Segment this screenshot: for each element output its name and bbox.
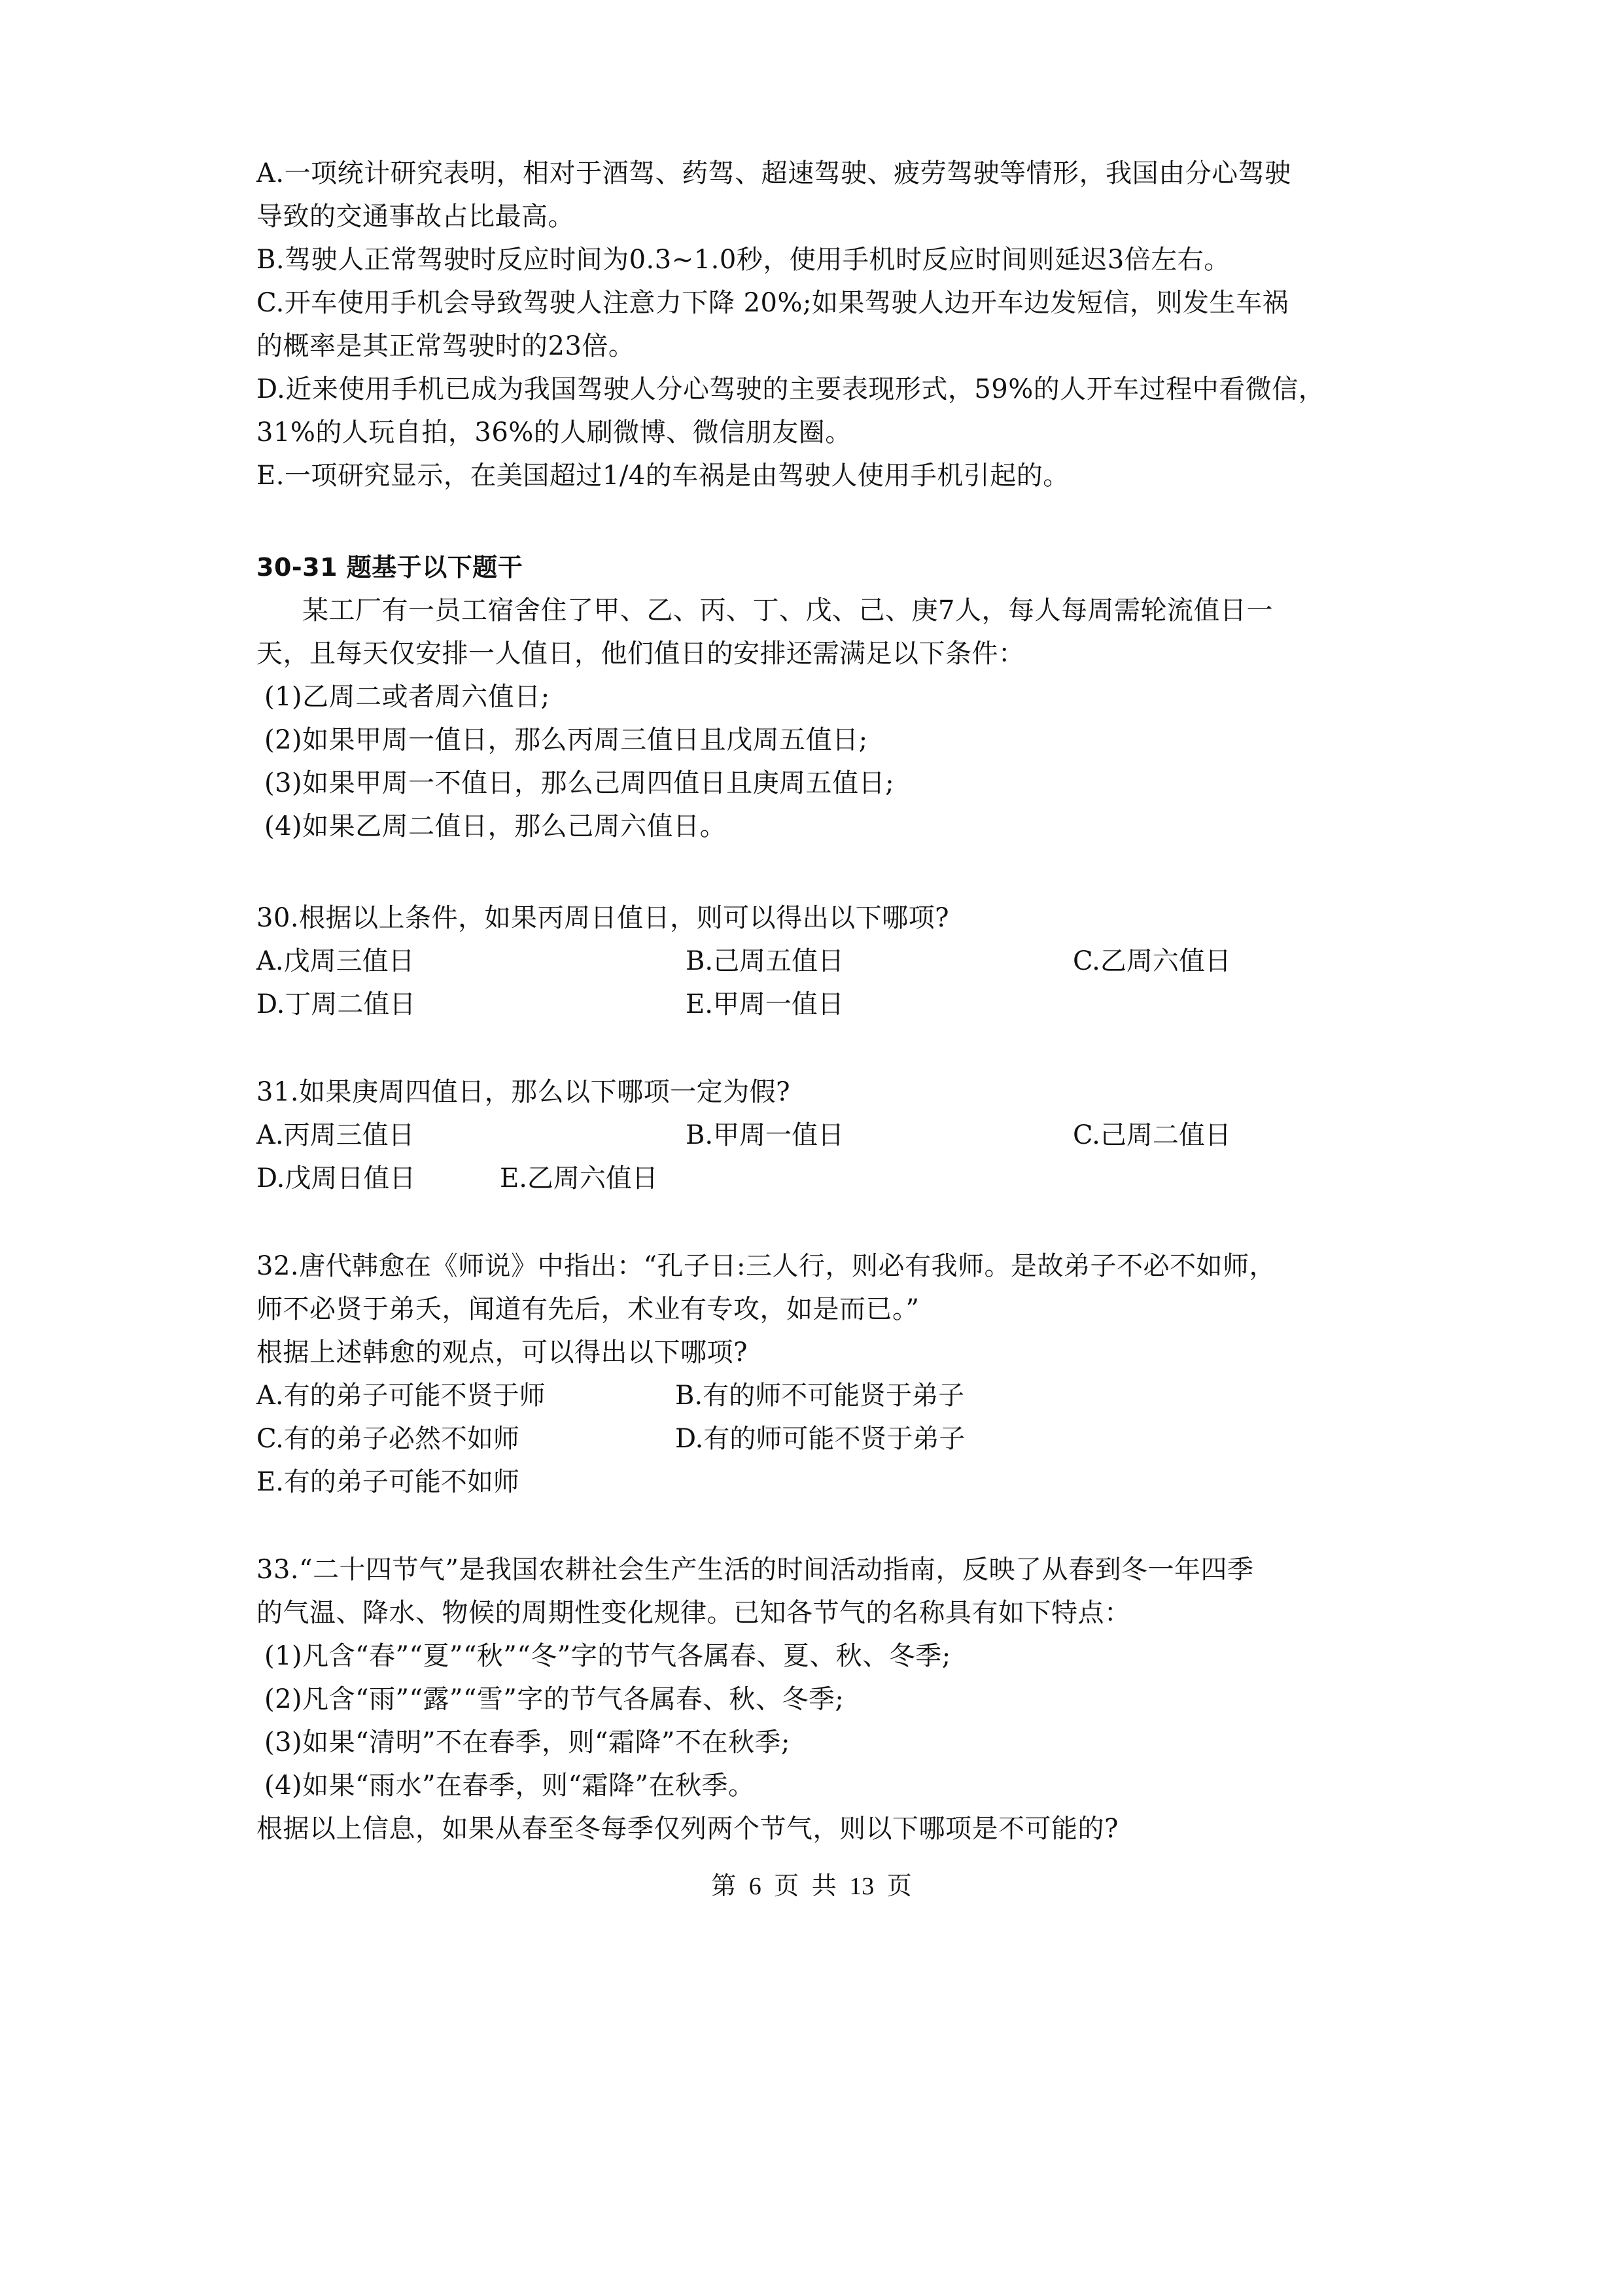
q33-question: 根据以上信息，如果从春至冬每季仅列两个节气，则以下哪项是不可能的? — [256, 1807, 1119, 1850]
q33-condition-3: (3)如果“清明”不在春季，则“霜降”不在秋季; — [264, 1721, 790, 1764]
q32-option-c: C.有的弟子必然不如师 — [256, 1417, 519, 1460]
q32-line1: 32.唐代韩愈在《师说》中指出：“孔子日:三人行，则必有我师。是故弟子不必不如师… — [256, 1245, 1276, 1288]
group-heading: 30-31 题基于以下题干 — [256, 546, 523, 589]
q29-option-d-line2: 31%的人玩自拍，36%的人刷微博、微信朋友圈。 — [256, 411, 852, 454]
group-condition-1: (1)乙周二或者周六值日; — [264, 675, 550, 718]
q33-condition-2: (2)凡含“雨”“露”“雪”字的节气各属春、秋、冬季; — [264, 1678, 844, 1721]
page-number-footer: 第 6 页 共 13 页 — [0, 1870, 1623, 1903]
q32-option-e: E.有的弟子可能不如师 — [256, 1460, 519, 1504]
q33-line2: 的气温、降水、物候的周期性变化规律。已知各节气的名称具有如下特点： — [256, 1591, 1131, 1634]
q31-option-c: C.己周二值日 — [1073, 1114, 1231, 1157]
q32-line2: 师不必贤于弟夭，闻道有先后，术业有专攻，如是而已。” — [256, 1288, 919, 1331]
q31-option-a: A.丙周三值日 — [256, 1114, 415, 1157]
q33-condition-4: (4)如果“雨水”在春季，则“霜降”在秋季。 — [264, 1764, 754, 1807]
group-stem-line1: 某工厂有一员工宿舍住了甲、乙、丙、丁、戊、己、庚7人，每人每周需轮流值日一 — [302, 589, 1273, 632]
q30-option-a: A.戊周三值日 — [256, 940, 415, 983]
group-condition-4: (4)如果乙周二值日，那么己周六值日。 — [264, 805, 726, 848]
group-stem-line2: 天，且每天仅安排一人值日，他们值日的安排还需满足以下条件： — [256, 632, 1025, 675]
q32-option-b: B.有的师不可能贤于弟子 — [675, 1374, 964, 1417]
q29-option-a-line1: A.一项统计研究表明，相对于酒驾、药驾、超速驾驶、疲劳驾驶等情形，我国由分心驾驶 — [256, 152, 1291, 195]
q32-question: 根据上述韩愈的观点，可以得出以下哪项? — [256, 1331, 748, 1374]
q30-option-c: C.乙周六值日 — [1073, 940, 1231, 983]
group-condition-3: (3)如果甲周一不值日，那么己周四值日且庚周五值日; — [264, 762, 894, 805]
q30-question: 30.根据以上条件，如果丙周日值日，则可以得出以下哪项? — [256, 896, 949, 940]
q30-option-e: E.甲周一值日 — [686, 983, 844, 1026]
q29-option-b: B.驾驶人正常驾驶时反应时间为0.3~1.0秒，使用手机时反应时间则延迟3倍左右… — [256, 238, 1230, 281]
q29-option-d-line1: D.近来使用手机已成为我国驾驶人分心驾驶的主要表现形式，59%的人开车过程中看微… — [256, 368, 1325, 411]
q29-option-c-line1: C.开车使用手机会导致驾驶人注意力下降 20%;如果驾驶人边开车边发短信，则发生… — [256, 281, 1289, 325]
q30-option-b: B.己周五值日 — [686, 940, 844, 983]
q32-option-d: D.有的师可能不贤于弟子 — [675, 1417, 965, 1460]
q30-option-d: D.丁周二值日 — [256, 983, 415, 1026]
q33-line1: 33.“二十四节气”是我国农耕社会生产生活的时间活动指南，反映了从春到冬一年四季 — [256, 1548, 1254, 1591]
q29-option-c-line2: 的概率是其正常驾驶时的23倍。 — [256, 325, 635, 368]
q31-option-d: D.戊周日值日 — [256, 1157, 415, 1200]
q33-condition-1: (1)凡含“春”“夏”“秋”“冬”字的节气各属春、夏、秋、冬季; — [264, 1634, 951, 1678]
q29-option-e: E.一项研究显示，在美国超过1/4的车祸是由驾驶人使用手机引起的。 — [256, 454, 1070, 497]
q31-option-b: B.甲周一值日 — [686, 1114, 844, 1157]
group-condition-2: (2)如果甲周一值日，那么丙周三值日且戊周五值日; — [264, 718, 868, 762]
q32-option-a: A.有的弟子可能不贤于师 — [256, 1374, 546, 1417]
q31-question: 31.如果庚周四值日，那么以下哪项一定为假? — [256, 1070, 790, 1114]
q29-option-a-line2: 导致的交通事故占比最高。 — [256, 195, 574, 238]
q31-option-e: E.乙周六值日 — [500, 1157, 658, 1200]
